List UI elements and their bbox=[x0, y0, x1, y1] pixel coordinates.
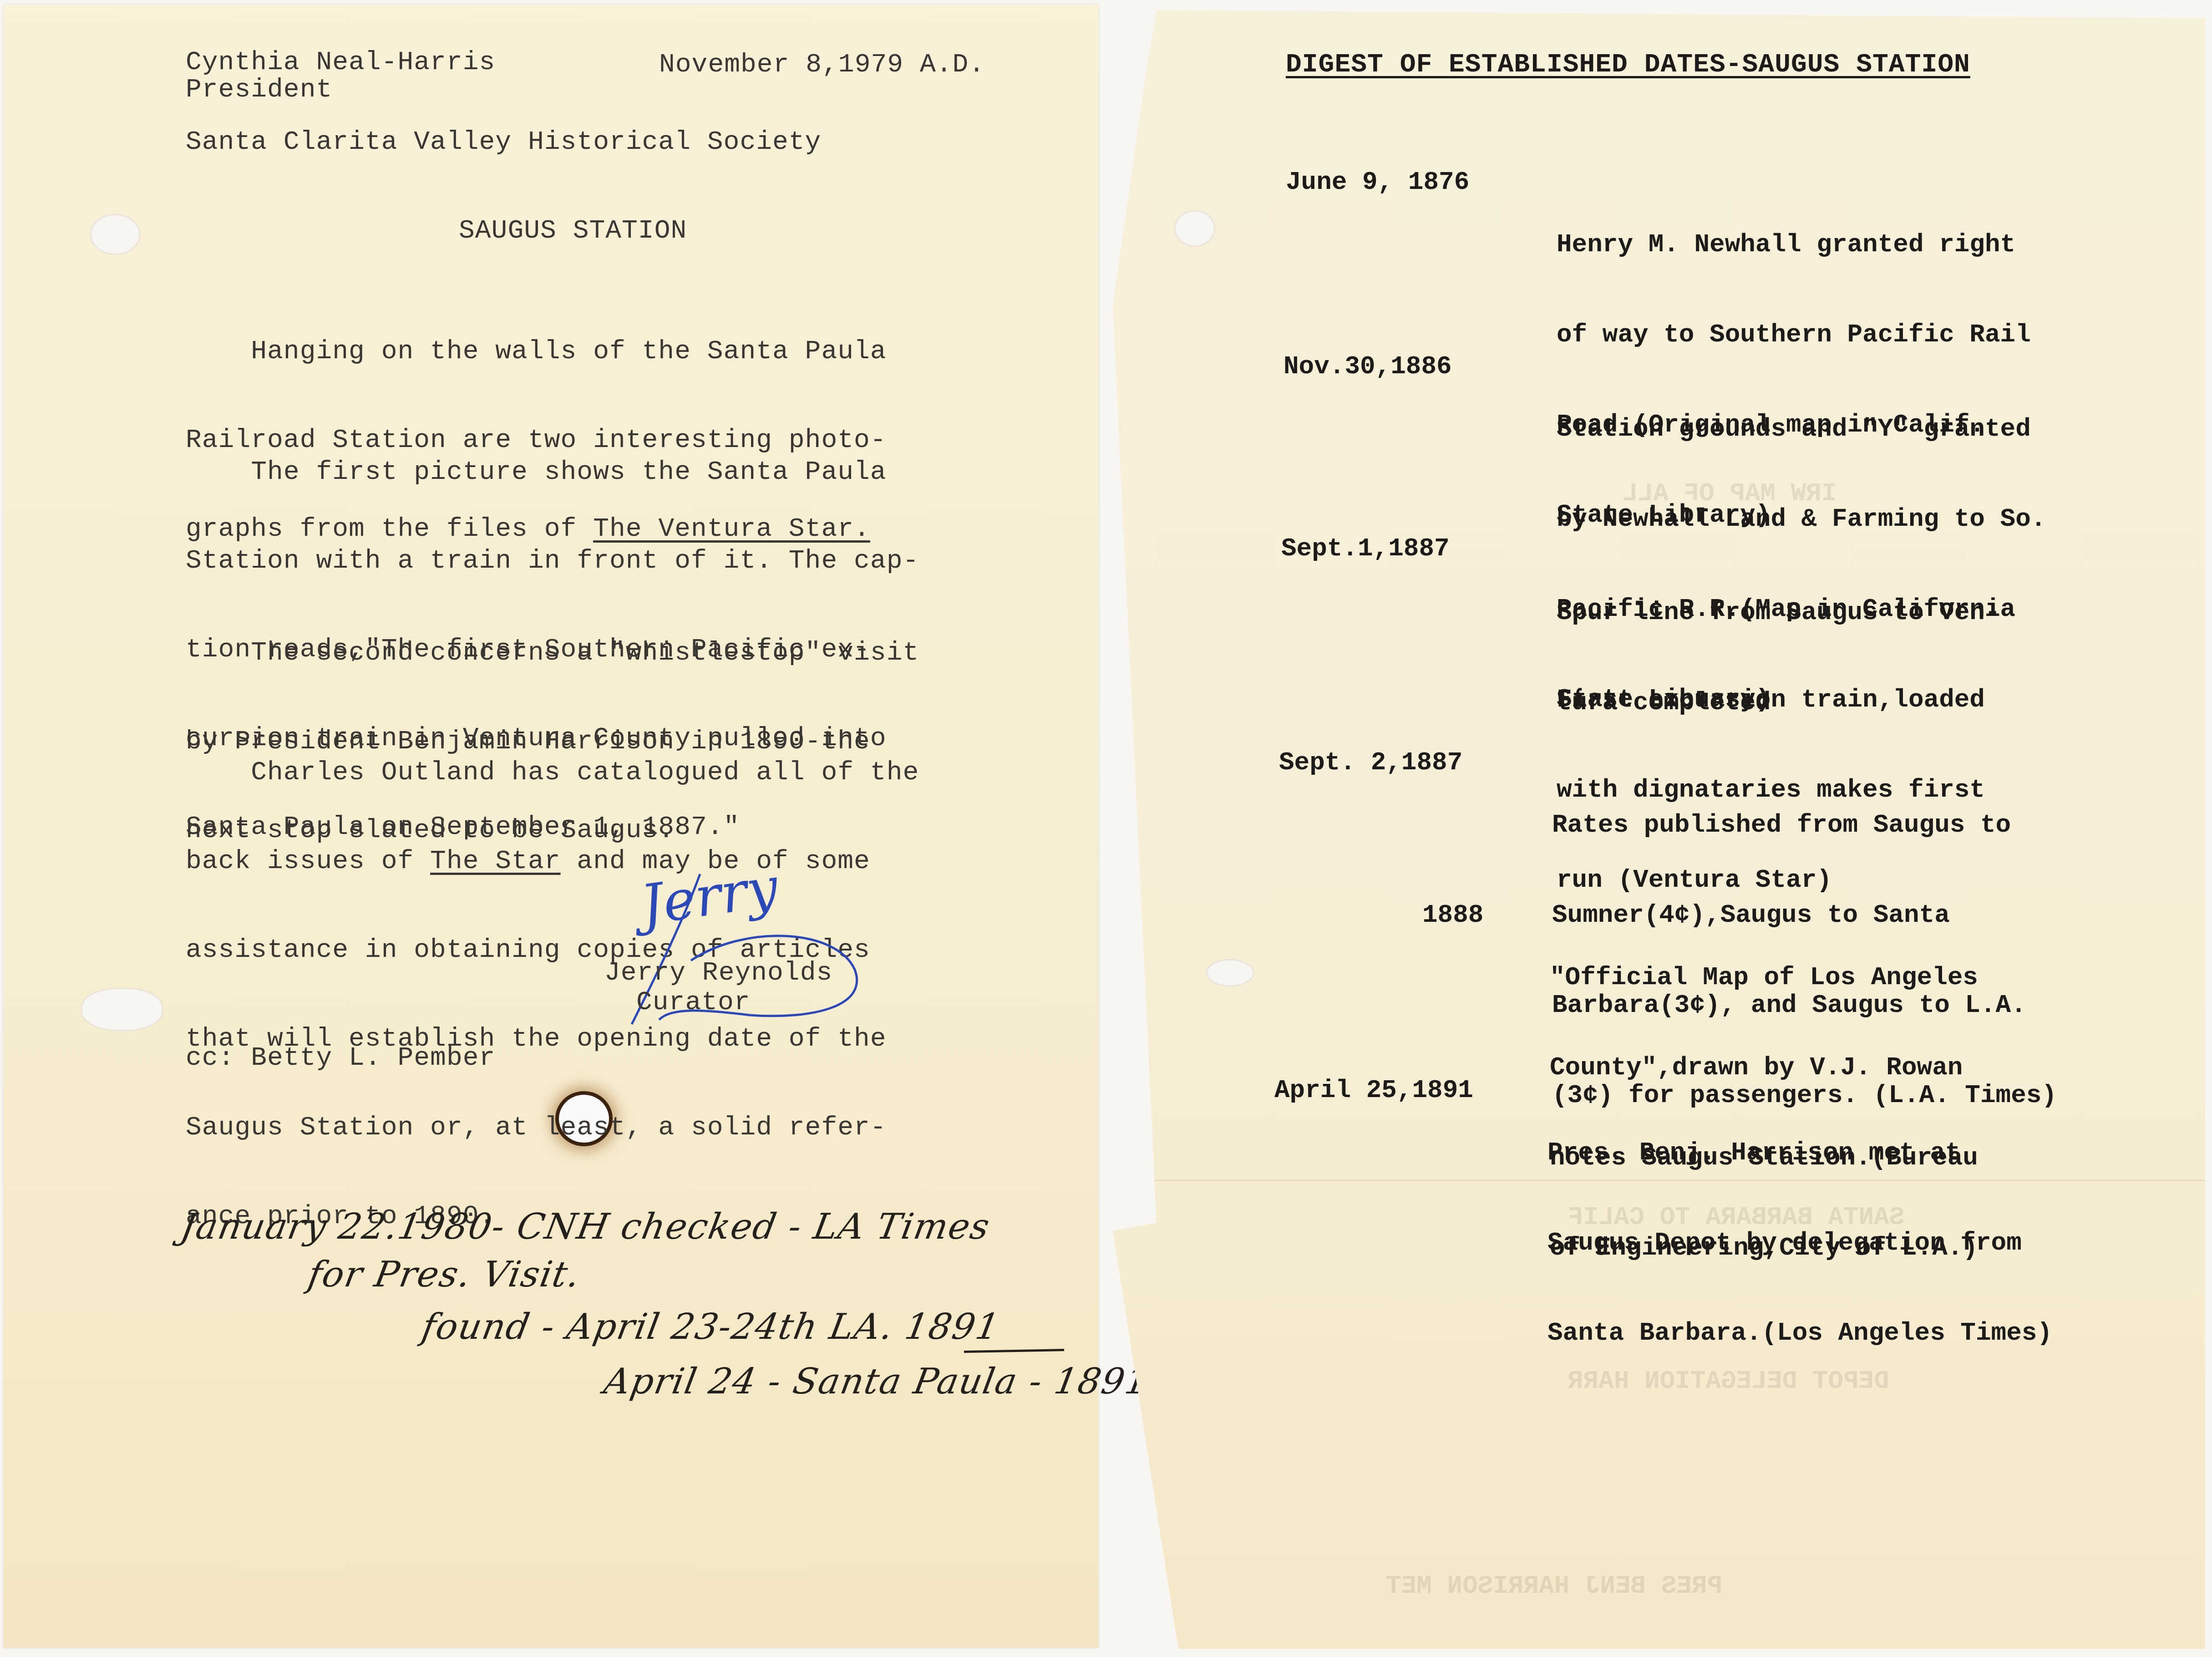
carbon-copy: cc: Betty L. Pember bbox=[186, 1043, 495, 1073]
entry-text: Pres. Benj. Harrison met at Saugus Depot… bbox=[1547, 1078, 2052, 1408]
entry-line: First excursion train,loaded bbox=[1557, 685, 1985, 715]
entry-line: "Official Map of Los Angeles bbox=[1550, 962, 1978, 992]
sender-name: Cynthia Neal-Harris bbox=[186, 48, 495, 78]
bleed-through-text: DEPOT DELEGATION HARR bbox=[1568, 1367, 1889, 1396]
entry-line: Pres. Benj. Harrison met at bbox=[1547, 1138, 2052, 1168]
handwritten-note-line-3: found - April 23-24th LA. 1891 bbox=[419, 1306, 1003, 1347]
entry-date: 1888 bbox=[1422, 900, 1483, 930]
entry-date: Sept. 2,1887 bbox=[1279, 747, 1462, 778]
paragraph-line: The first picture shows the Santa Paula bbox=[186, 457, 919, 487]
organization-name: Santa Clarita Valley Historical Society bbox=[186, 127, 821, 158]
letter-date: November 8,1979 A.D. bbox=[659, 50, 985, 80]
signer-title: Curator bbox=[636, 988, 751, 1018]
entry-date: June 9, 1876 bbox=[1286, 167, 1469, 197]
paragraph-line: Hanging on the walls of the Santa Paula bbox=[186, 337, 887, 366]
entry-date: April 25,1891 bbox=[1274, 1075, 1473, 1105]
sender-title: President bbox=[186, 75, 332, 105]
entry-line: of way to Southern Pacific Rail bbox=[1557, 320, 2031, 350]
handwritten-underline bbox=[964, 1349, 1064, 1353]
digest-title: DIGEST OF ESTABLISHED DATES-SAUGUS STATI… bbox=[1286, 50, 1970, 80]
entry-line: Santa Barbara.(Los Angeles Times) bbox=[1547, 1318, 2052, 1348]
entry-date: Sept.1,1887 bbox=[1281, 534, 1450, 564]
entry-date: Nov.30,1886 bbox=[1284, 351, 1452, 381]
punch-hole-top bbox=[90, 214, 140, 255]
paragraph-line: The second concerns a "whistlestop" visi… bbox=[186, 638, 919, 668]
letter-title: SAUGUS STATION bbox=[459, 216, 687, 246]
bleed-through-text: SANTA BARBARA TO CALIF bbox=[1568, 1203, 1904, 1232]
paragraph-line: Saugus Station or, at least, a solid ref… bbox=[186, 1113, 919, 1143]
letter-page: Cynthia Neal-Harris President November 8… bbox=[4, 5, 1098, 1648]
entry-line: Saugus Depot by delegation from bbox=[1547, 1228, 2052, 1258]
bleed-through-text: IRW MAP OF ALL bbox=[1623, 479, 1837, 508]
handwritten-note-line-4: April 24 - Santa Paula - 1891 bbox=[601, 1361, 1152, 1402]
paragraph-line: back issues of bbox=[186, 847, 430, 876]
punch-hole-top bbox=[1174, 210, 1215, 247]
handwritten-note-line-1: January 22.1980- CNH checked - LA Times bbox=[178, 1206, 993, 1247]
paragraph-line: Charles Outland has catalogued all of th… bbox=[186, 758, 919, 788]
entry-line: Station grounds and "Y" granted bbox=[1557, 414, 2046, 444]
entry-line: by Newhall Land & Farming to So. bbox=[1557, 504, 2046, 534]
entry-line: Henry M. Newhall granted right bbox=[1557, 229, 2031, 259]
digest-page: DIGEST OF ESTABLISHED DATES-SAUGUS STATI… bbox=[1113, 10, 2205, 1649]
entry-line: Spur line from Saugus to Ven- bbox=[1557, 597, 2000, 627]
underlined-publication: The Star bbox=[430, 847, 560, 876]
signer-name: Jerry Reynolds bbox=[604, 958, 832, 988]
paragraph-line: Station with a train in front of it. The… bbox=[186, 546, 919, 576]
punch-hole-middle bbox=[1206, 959, 1254, 986]
bleed-through-text: PRES BENJ HARRISON MET bbox=[1386, 1571, 1722, 1601]
entry-line: Rates published from Saugus to bbox=[1552, 810, 2057, 840]
handwritten-note-line-2: for Pres. Visit. bbox=[305, 1254, 583, 1295]
punch-hole-middle bbox=[81, 988, 163, 1031]
